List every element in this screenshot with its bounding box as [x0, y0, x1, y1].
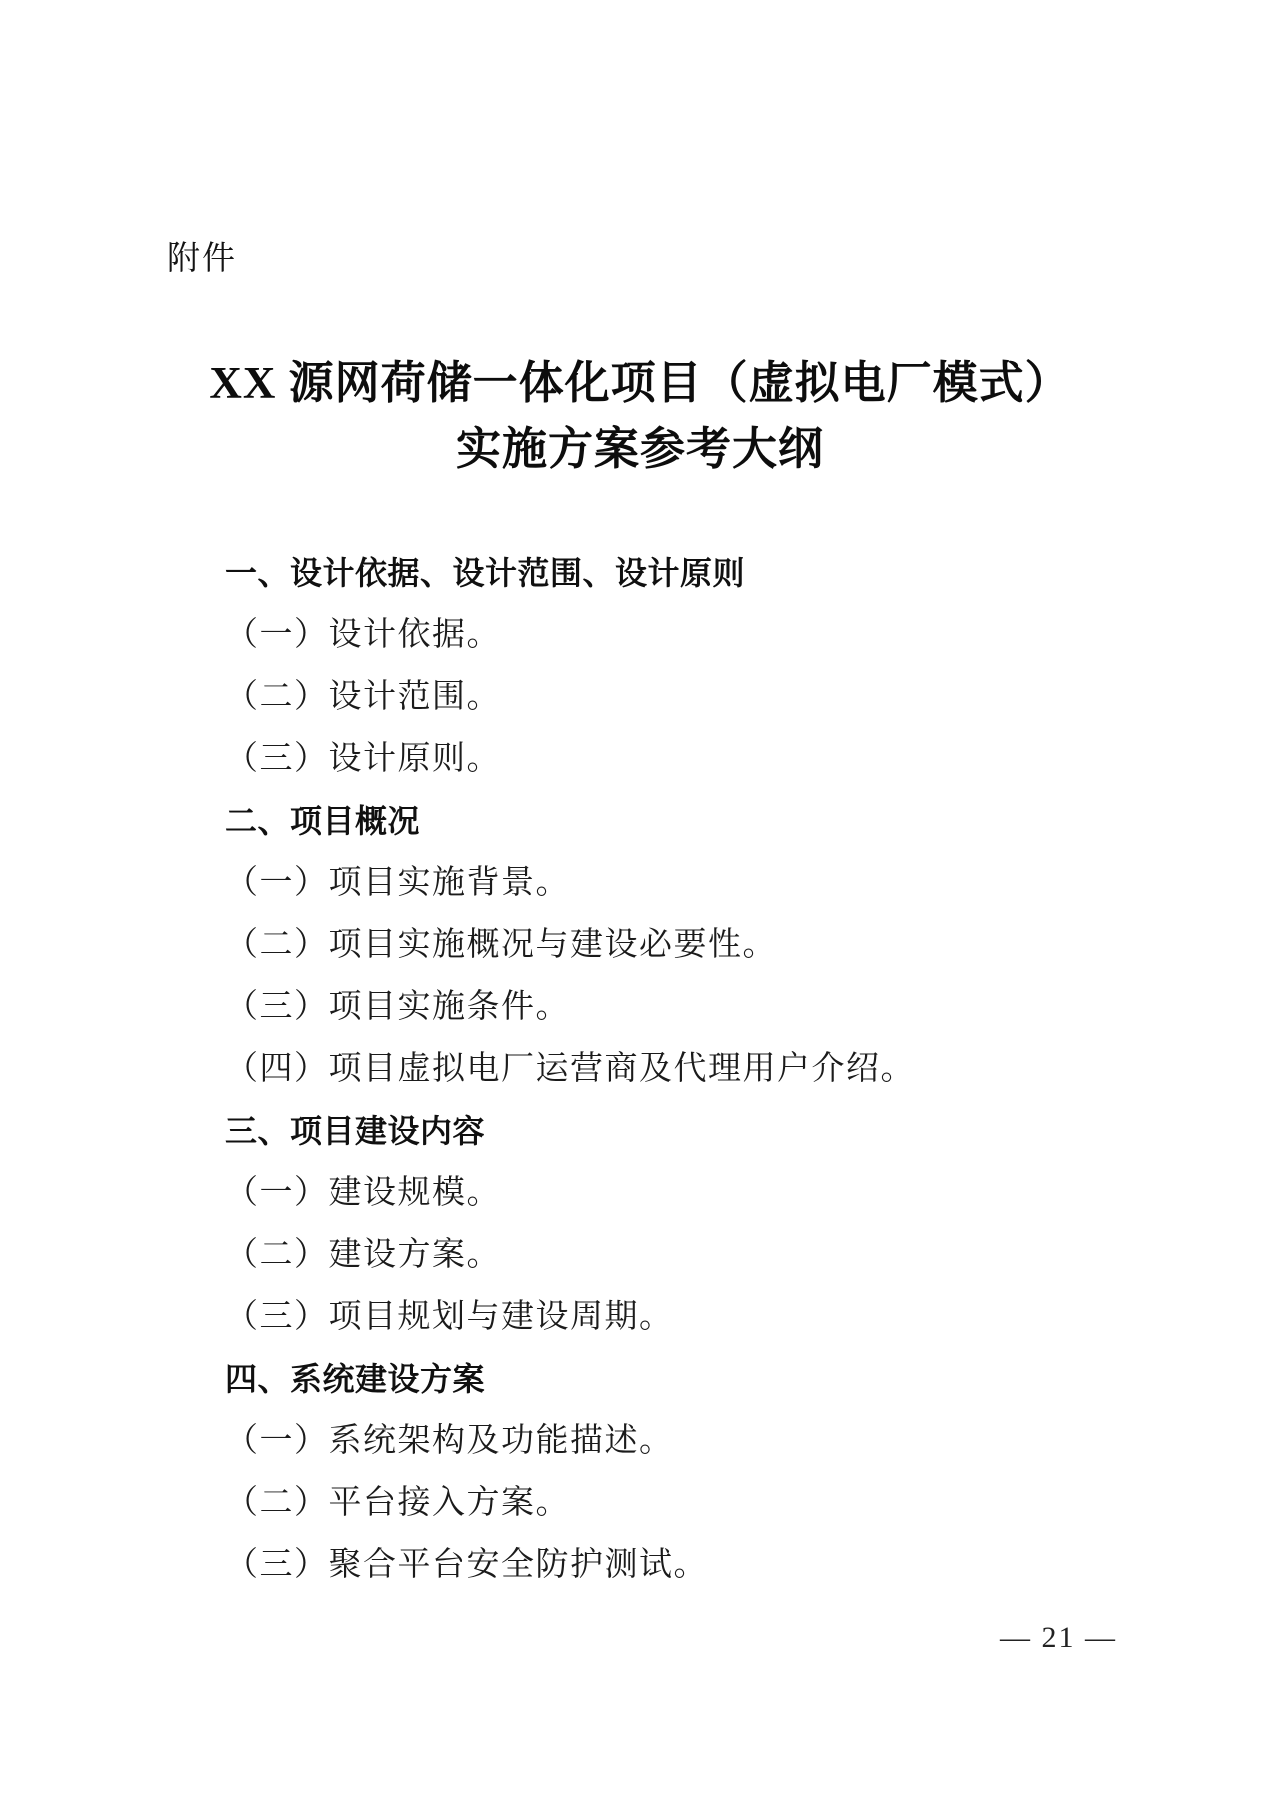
- page-number: — 21 —: [1000, 1620, 1117, 1656]
- outline-item: （一）建设规模。: [225, 1162, 1180, 1224]
- outline-item: （三）项目实施条件。: [225, 976, 1180, 1038]
- document-title: XX 源网荷储一体化项目（虚拟电厂模式） 实施方案参考大纲: [0, 350, 1280, 482]
- title-line-2: 实施方案参考大纲: [0, 416, 1280, 482]
- outline-item: （二）设计范围。: [225, 666, 1180, 728]
- title-line-1: XX 源网荷储一体化项目（虚拟电厂模式）: [0, 350, 1280, 416]
- document-page: 附件 XX 源网荷储一体化项目（虚拟电厂模式） 实施方案参考大纲 一、设计依据、…: [0, 0, 1280, 1809]
- outline-item: （一）系统架构及功能描述。: [225, 1410, 1180, 1472]
- outline-item: （三）项目规划与建设周期。: [225, 1286, 1180, 1348]
- outline-item: （一）设计依据。: [225, 604, 1180, 666]
- outline-heading: 三、项目建设内容: [225, 1100, 1180, 1162]
- outline-item: （二）项目实施概况与建设必要性。: [225, 914, 1180, 976]
- attachment-label: 附件: [167, 238, 237, 278]
- document-outline: 一、设计依据、设计范围、设计原则（一）设计依据。（二）设计范围。（三）设计原则。…: [225, 542, 1180, 1596]
- outline-item: （二）平台接入方案。: [225, 1472, 1180, 1534]
- outline-heading: 四、系统建设方案: [225, 1348, 1180, 1410]
- outline-item: （二）建设方案。: [225, 1224, 1180, 1286]
- outline-heading: 二、项目概况: [225, 790, 1180, 852]
- outline-item: （四）项目虚拟电厂运营商及代理用户介绍。: [225, 1038, 1180, 1100]
- outline-heading: 一、设计依据、设计范围、设计原则: [225, 542, 1180, 604]
- outline-item: （三）设计原则。: [225, 728, 1180, 790]
- outline-item: （三）聚合平台安全防护测试。: [225, 1534, 1180, 1596]
- outline-item: （一）项目实施背景。: [225, 852, 1180, 914]
